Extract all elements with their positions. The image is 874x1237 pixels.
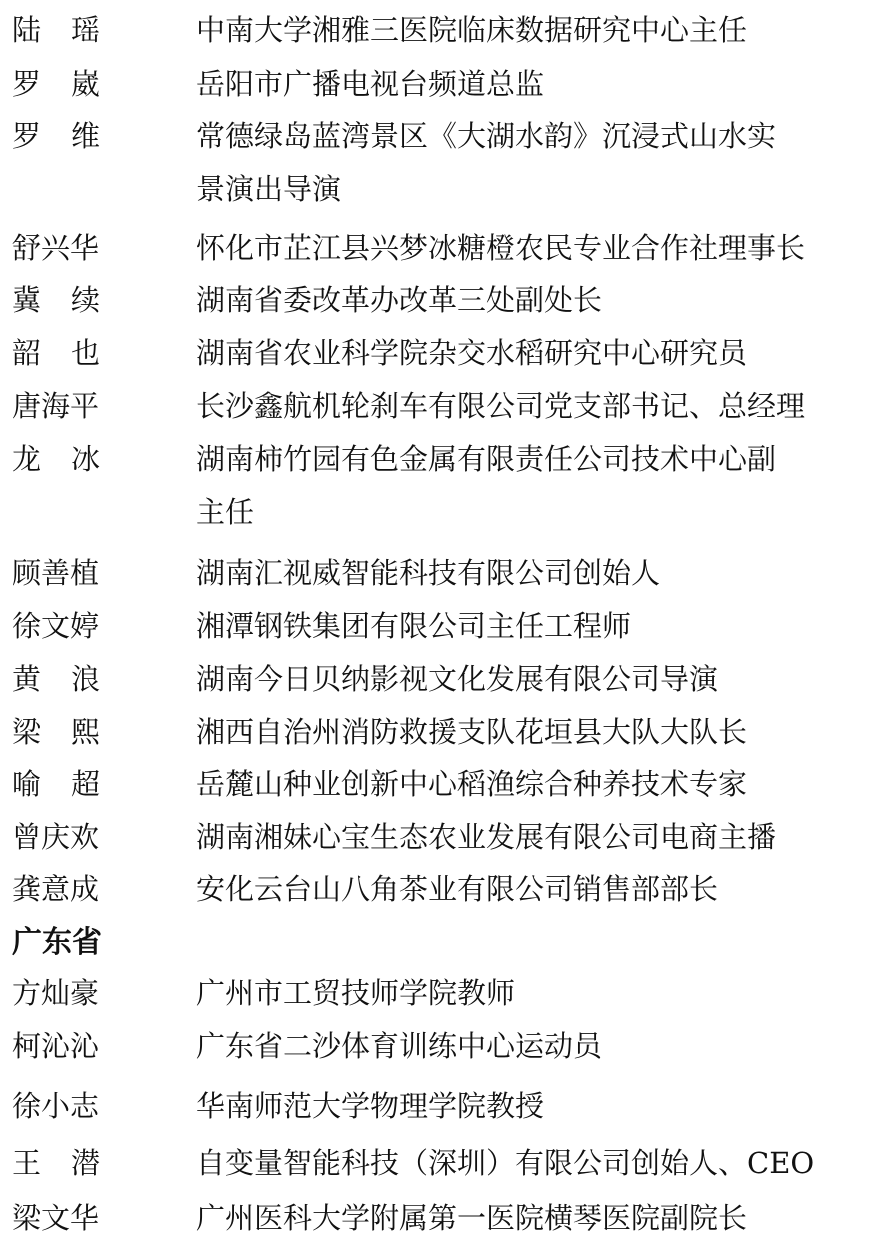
- person-name: 梁文华: [12, 1202, 107, 1234]
- person-title: 湖南省委改革办改革三处副处长: [196, 284, 868, 316]
- person-title: 广州医科大学附属第一医院横琴医院副院长: [196, 1202, 868, 1234]
- person-name: 黄浪: [12, 663, 107, 695]
- person-title: 湖南湘妹心宝生态农业发展有限公司电商主播: [196, 821, 868, 853]
- person-title: 湖南柿竹园有色金属有限责任公司技术中心副: [196, 443, 868, 475]
- person-title: 广州市工贸技师学院教师: [196, 977, 868, 1009]
- person-name: 柯沁沁: [12, 1030, 107, 1062]
- person-title: 岳麓山种业创新中心稻渔综合种养技术专家: [196, 768, 868, 800]
- person-name: 徐文婷: [12, 610, 107, 642]
- person-title-line2: 景演出导演: [196, 173, 868, 205]
- person-name: 舒兴华: [12, 232, 107, 264]
- person-title: 湘潭钢铁集团有限公司主任工程师: [196, 610, 868, 642]
- person-title: 湖南今日贝纳影视文化发展有限公司导演: [196, 663, 868, 695]
- person-title: 广东省二沙体育训练中心运动员: [196, 1030, 868, 1062]
- person-name: 龚意成: [12, 873, 107, 905]
- person-title: 岳阳市广播电视台频道总监: [196, 68, 868, 100]
- person-name: 罗维: [12, 120, 107, 152]
- person-name: 王潜: [12, 1147, 107, 1179]
- person-name: 陆瑶: [12, 14, 107, 46]
- person-title: 长沙鑫航机轮刹车有限公司党支部书记、总经理: [196, 390, 868, 422]
- person-name: 顾善植: [12, 557, 107, 589]
- person-name: 韶也: [12, 337, 107, 369]
- person-title: 中南大学湘雅三医院临床数据研究中心主任: [196, 14, 868, 46]
- person-title: 自变量智能科技（深圳）有限公司创始人、CEO: [196, 1147, 868, 1179]
- person-title: 安化云台山八角茶业有限公司销售部部长: [196, 873, 868, 905]
- person-name: 龙冰: [12, 443, 107, 475]
- person-name: 徐小志: [12, 1090, 107, 1122]
- person-name: 梁熙: [12, 716, 107, 748]
- person-name: 方灿豪: [12, 977, 107, 1009]
- person-title: 常德绿岛蓝湾景区《大湖水韵》沉浸式山水实: [196, 120, 868, 152]
- person-name: 曾庆欢: [12, 821, 107, 853]
- section-heading-guangdong: 广东省: [12, 926, 102, 960]
- person-title: 怀化市芷江县兴梦冰糖橙农民专业合作社理事长: [196, 232, 868, 264]
- person-title: 华南师范大学物理学院教授: [196, 1090, 868, 1122]
- person-title: 湘西自治州消防救援支队花垣县大队大队长: [196, 716, 868, 748]
- person-title: 湖南汇视威智能科技有限公司创始人: [196, 557, 868, 589]
- person-name: 喻超: [12, 768, 107, 800]
- person-title-line2: 主任: [196, 496, 868, 528]
- person-title: 湖南省农业科学院杂交水稻研究中心研究员: [196, 337, 868, 369]
- person-name: 罗崴: [12, 68, 107, 100]
- person-name: 冀续: [12, 284, 107, 316]
- person-name: 唐海平: [12, 390, 107, 422]
